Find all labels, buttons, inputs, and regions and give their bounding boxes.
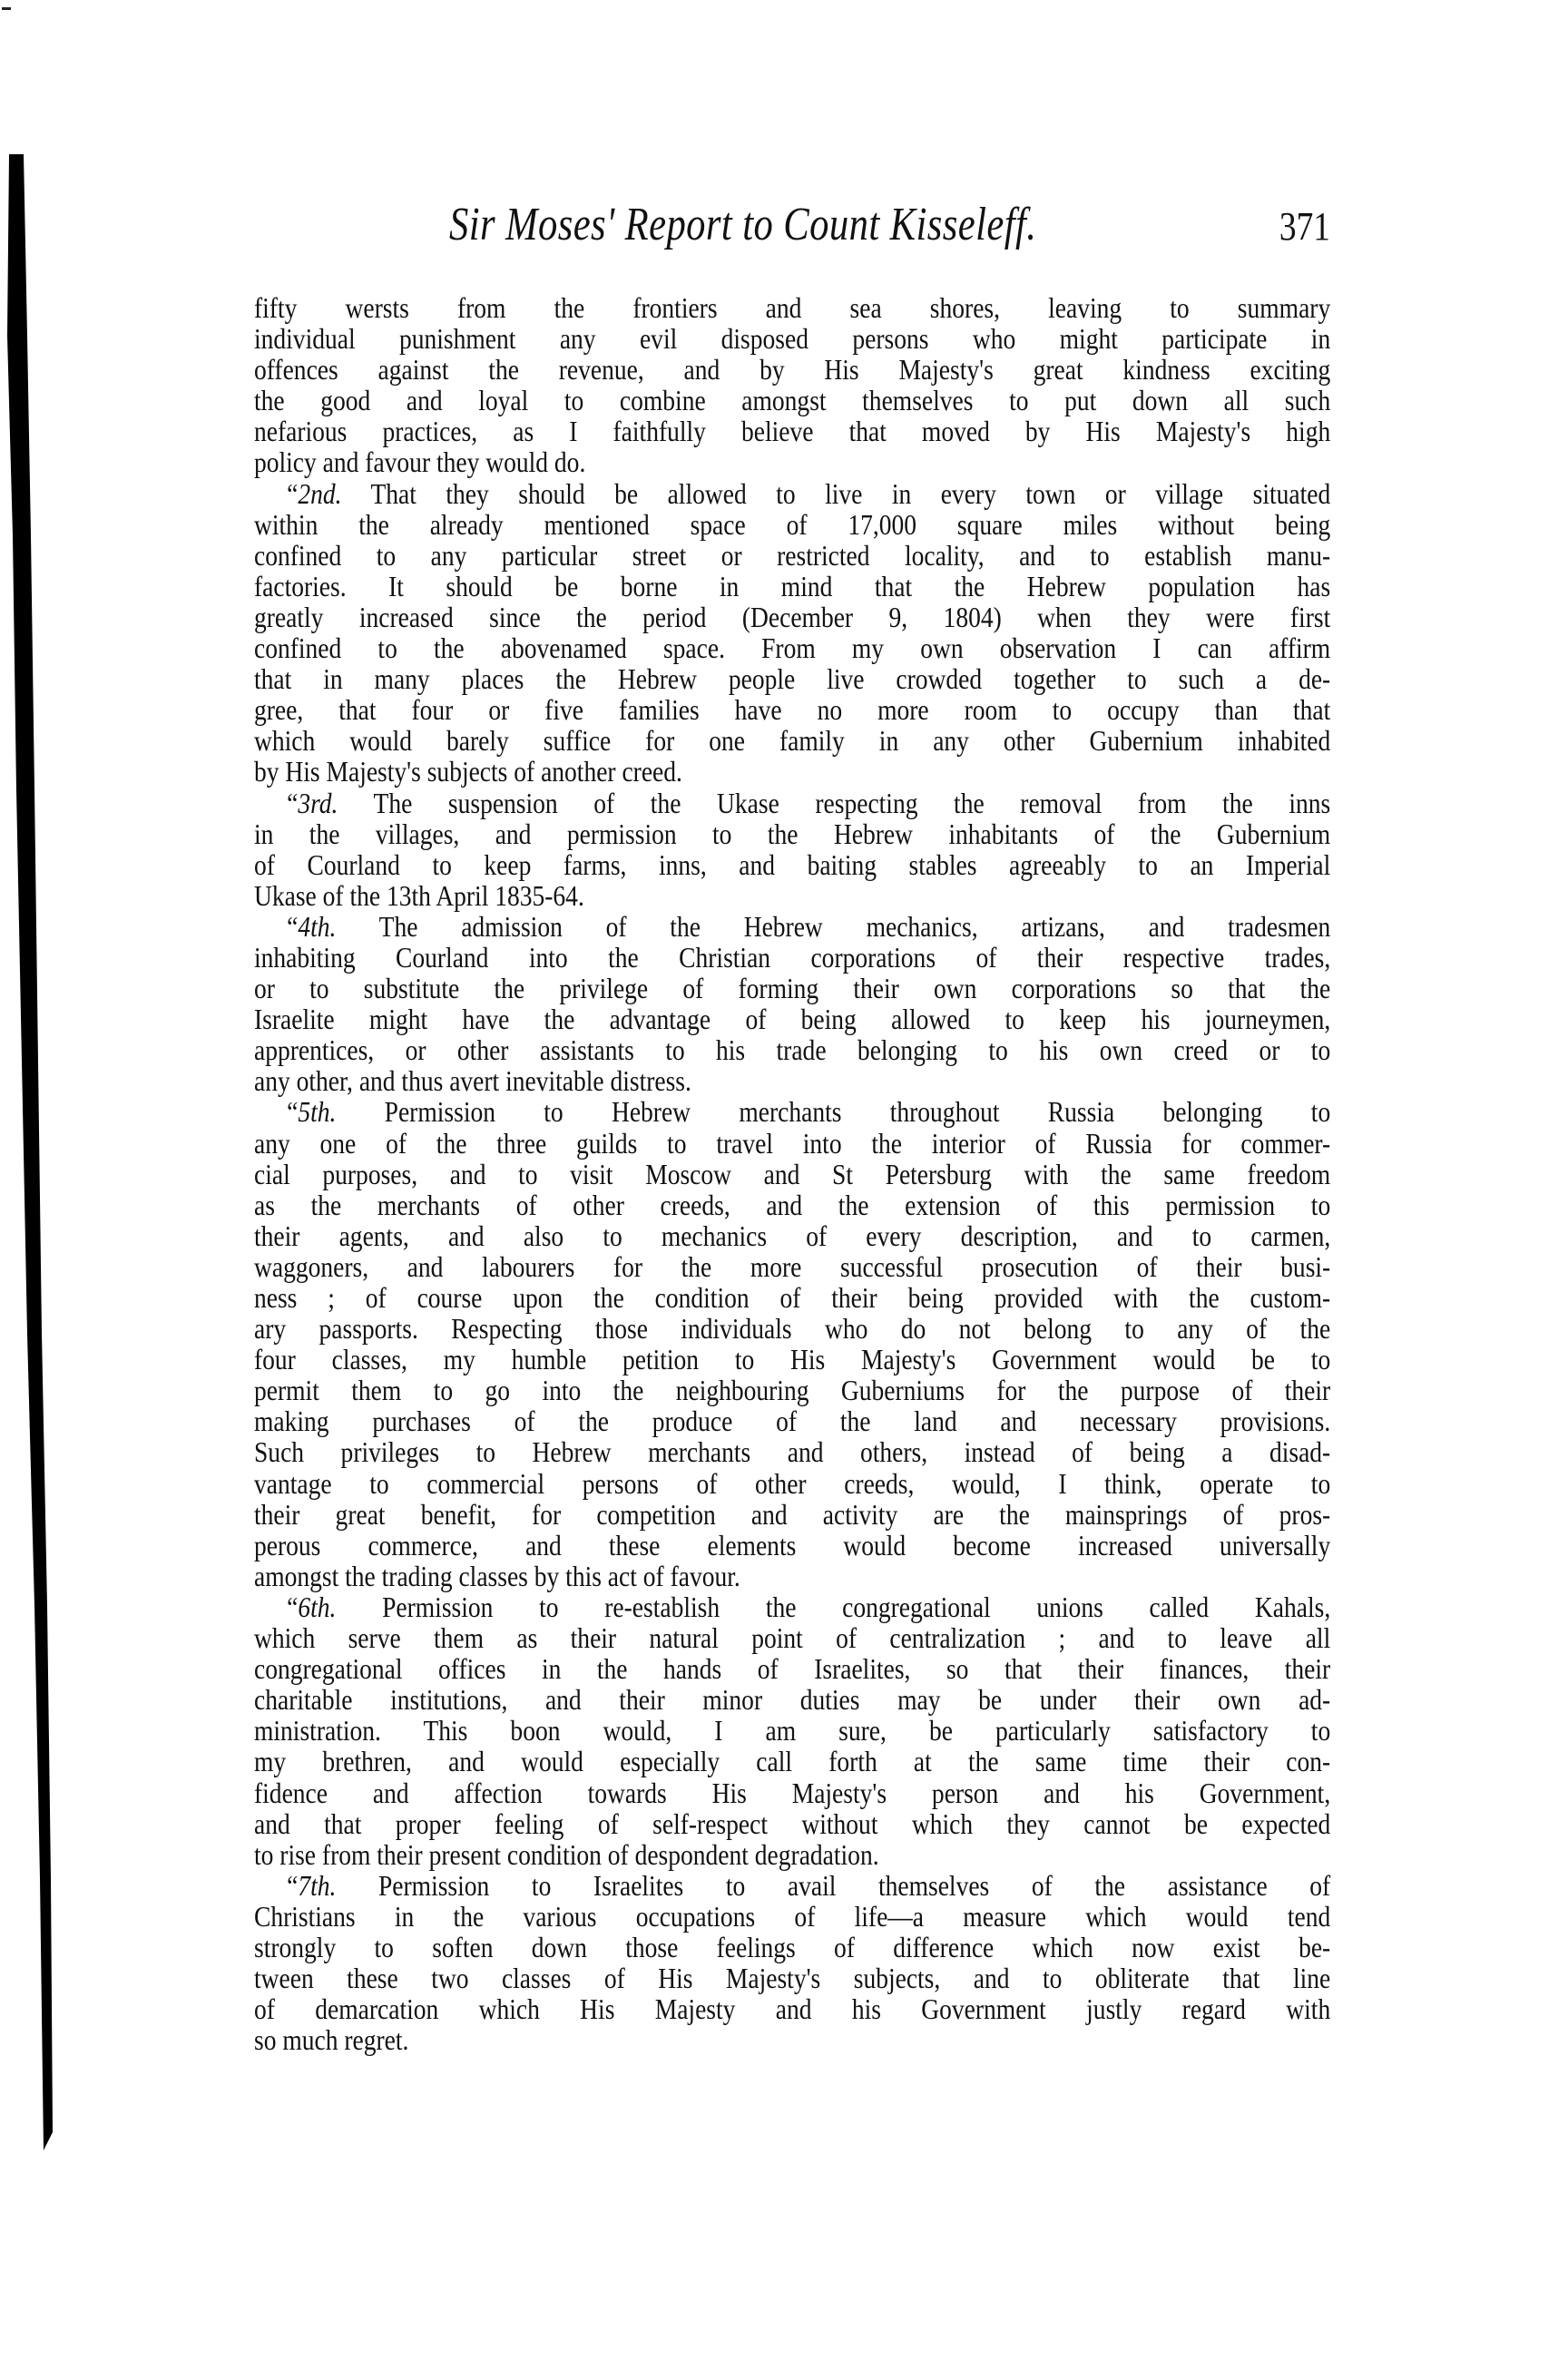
text-line: perous commerce, and these elements woul…	[254, 1530, 1330, 1561]
text-line: which would barely suffice for one famil…	[254, 725, 1330, 756]
text-line: apprentices, or other assistants to his …	[254, 1034, 1330, 1065]
text-line: strongly to soften down those feelings o…	[254, 1932, 1330, 1963]
text-line: ary passports. Respecting those individu…	[254, 1313, 1330, 1344]
quote-mark: “	[287, 1095, 298, 1128]
text-line: confined to any particular street or res…	[254, 540, 1330, 571]
text-line: within the already mentioned space of 17…	[254, 509, 1330, 540]
text-line: my brethren, and would especially call f…	[254, 1746, 1330, 1777]
text-line: four classes, my humble petition to His …	[254, 1344, 1330, 1375]
text-line: “5th. Permission to Hebrew merchants thr…	[254, 1096, 1330, 1127]
text-line: Israelite might have the advantage of be…	[254, 1003, 1330, 1034]
text-line: or to substitute the privilege of formin…	[254, 973, 1330, 1003]
text-line: fidence and affection towards His Majest…	[254, 1777, 1330, 1808]
text-line: greatly increased since the period (Dece…	[254, 602, 1330, 632]
page-body: fifty wersts from the frontiers and sea …	[254, 292, 1330, 2055]
text-line: vantage to commercial persons of other c…	[254, 1468, 1330, 1499]
paragraph: “4th. The admission of the Hebrew mechan…	[254, 911, 1330, 1097]
text-line: confined to the abovenamed space. From m…	[254, 632, 1330, 663]
line-text: The suspension of the Ukase respecting t…	[338, 787, 1330, 819]
text-line: their agents, and also to mechanics of e…	[254, 1220, 1330, 1251]
paragraph: “5th. Permission to Hebrew merchants thr…	[254, 1096, 1330, 1591]
paragraph: fifty wersts from the frontiers and sea …	[254, 292, 1330, 478]
paragraph: “3rd. The suspension of the Ukase respec…	[254, 788, 1330, 911]
text-line: permit them to go into the neighbouring …	[254, 1375, 1330, 1405]
text-line: individual punishment any evil disposed …	[254, 323, 1330, 354]
text-line: any other, and thus avert inevitable dis…	[254, 1065, 1330, 1096]
item-ordinal: 5th.	[298, 1095, 336, 1128]
quote-mark: “	[287, 787, 298, 819]
text-line: so much regret.	[254, 2024, 1330, 2055]
text-line: that in many places the Hebrew people li…	[254, 663, 1330, 694]
text-line: the good and loyal to combine amongst th…	[254, 385, 1330, 416]
text-line: as the merchants of other creeds, and th…	[254, 1189, 1330, 1220]
text-line: “6th. Permission to re-establish the con…	[254, 1591, 1330, 1622]
text-line: making purchases of the produce of the l…	[254, 1405, 1330, 1436]
line-text: That they should be allowed to live in e…	[341, 477, 1330, 510]
text-line: waggoners, and labourers for the more su…	[254, 1251, 1330, 1282]
text-line: in the villages, and permission to the H…	[254, 818, 1330, 849]
text-line: nefarious practices, as I faithfully bel…	[254, 416, 1330, 446]
paragraph: “6th. Permission to re-establish the con…	[254, 1591, 1330, 1870]
text-line: cial purposes, and to visit Moscow and S…	[254, 1159, 1330, 1189]
page-header: Sir Moses' Report to Count Kisseleff. 37…	[254, 198, 1330, 252]
text-line: by His Majesty's subjects of another cre…	[254, 756, 1330, 787]
text-line: Such privileges to Hebrew merchants and …	[254, 1436, 1330, 1467]
text-line: their great benefit, for competition and…	[254, 1499, 1330, 1530]
text-line: ness ; of course upon the condition of t…	[254, 1282, 1330, 1313]
quote-mark: “	[287, 910, 298, 943]
item-ordinal: 6th.	[298, 1591, 336, 1623]
line-text: The admission of the Hebrew mechanics, a…	[336, 910, 1330, 943]
text-line: fifty wersts from the frontiers and sea …	[254, 292, 1330, 323]
item-ordinal: 4th.	[298, 910, 336, 943]
text-line: Ukase of the 13th April 1835-64.	[254, 880, 1330, 911]
line-text: Permission to Israelites to avail themse…	[336, 1869, 1330, 1902]
line-text: Permission to Hebrew merchants throughou…	[336, 1095, 1330, 1128]
text-line: any one of the three guilds to travel in…	[254, 1128, 1330, 1159]
item-ordinal: 2nd.	[298, 477, 341, 510]
text-line: “3rd. The suspension of the Ukase respec…	[254, 788, 1330, 818]
item-ordinal: 7th.	[298, 1869, 336, 1902]
text-line: inhabiting Courland into the Christian c…	[254, 942, 1330, 973]
text-line: congregational offices in the hands of I…	[254, 1653, 1330, 1684]
quote-mark: “	[287, 1869, 298, 1902]
paragraph: “7th. Permission to Israelites to avail …	[254, 1870, 1330, 2056]
text-line: “7th. Permission to Israelites to avail …	[254, 1870, 1330, 1901]
text-line: and that proper feeling of self-respect …	[254, 1808, 1330, 1839]
text-line: of Courland to keep farms, inns, and bai…	[254, 849, 1330, 880]
text-line: “4th. The admission of the Hebrew mechan…	[254, 911, 1330, 942]
text-line: ministration. This boon would, I am sure…	[254, 1715, 1330, 1746]
text-line: policy and favour they would do.	[254, 446, 1330, 477]
text-line: which serve them as their natural point …	[254, 1622, 1330, 1653]
text-line: “2nd. That they should be allowed to liv…	[254, 478, 1330, 509]
quote-mark: “	[287, 477, 298, 510]
line-text: Permission to re-establish the congregat…	[336, 1591, 1330, 1623]
quote-mark: “	[287, 1591, 298, 1623]
page-number: 371	[1279, 203, 1330, 250]
binding-shadow	[4, 154, 58, 2150]
scan-artifact	[2, 7, 11, 10]
text-line: charitable institutions, and their minor…	[254, 1684, 1330, 1715]
text-line: amongst the trading classes by this act …	[254, 1561, 1330, 1591]
text-line: of demarcation which His Majesty and his…	[254, 1993, 1330, 2024]
text-line: tween these two classes of His Majesty's…	[254, 1963, 1330, 1993]
text-line: factories. It should be borne in mind th…	[254, 571, 1330, 602]
text-line: Christians in the various occupations of…	[254, 1901, 1330, 1932]
item-ordinal: 3rd.	[298, 787, 338, 819]
running-title: Sir Moses' Report to Count Kisseleff.	[449, 198, 1036, 251]
paragraph: “2nd. That they should be allowed to liv…	[254, 478, 1330, 788]
text-line: to rise from their present condition of …	[254, 1839, 1330, 1870]
text-line: gree, that four or five families have no…	[254, 694, 1330, 725]
text-line: offences against the revenue, and by His…	[254, 354, 1330, 385]
